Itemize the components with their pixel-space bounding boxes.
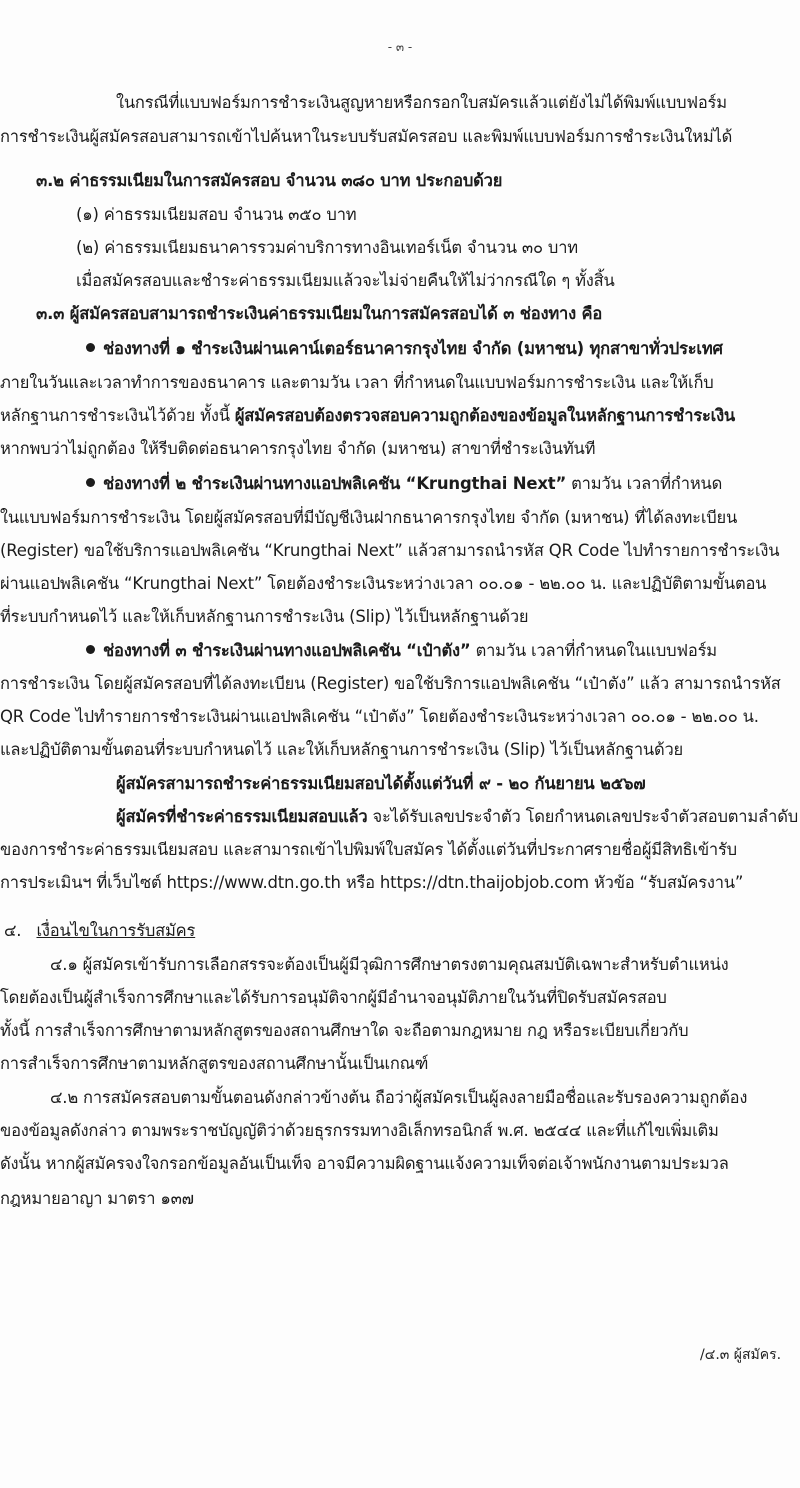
section-4-title: เงื่อนไขในการรับสมัคร — [36, 921, 195, 940]
channel-3-lead-bold: ช่องทางที่ ๓ ชำระเงินผ่านทางแอปพลิเคชัน … — [103, 641, 471, 660]
item-4-1-line-2: โดยต้องเป็นผู้สำเร็จการศึกษาและได้รับการ… — [0, 987, 667, 1009]
channel-1-lead: ช่องทางที่ ๑ ชำระเงินผ่านเคาน์เตอร์ธนาคา… — [86, 338, 723, 360]
item-4-2-line-1: ๔.๒ การสมัครสอบตามขั้นตอนดังกล่าวข้างต้น… — [50, 1087, 747, 1109]
fee-item-2: (๒) ค่าธรรมเนียมธนาคารรวมค่าบริการทางอิน… — [76, 237, 578, 259]
section-3-3-heading: ๓.๓ ผู้สมัครสอบสามารถชำระเงินค่าธรรมเนีย… — [36, 303, 602, 325]
channel-1-line-4: หากพบว่าไม่ถูกต้อง ให้รีบติดต่อธนาคารกรุ… — [0, 438, 595, 460]
no-refund-note: เมื่อสมัครสอบและชำระค่าธรรมเนียมแล้วจะไม… — [76, 270, 615, 292]
channel-3-line-4: และปฏิบัติตามขั้นตอนที่ระบบกำหนดไว้ และใ… — [0, 739, 683, 761]
after-payment-lead: ผู้สมัครที่ชำระค่าธรรมเนียมสอบแล้ว จะได้… — [116, 806, 798, 828]
section-4-heading: ๔. เงื่อนไขในการรับสมัคร — [4, 920, 195, 942]
channel-1-line-3: หลักฐานการชำระเงินไว้ด้วย ทั้งนี้ ผู้สมั… — [0, 405, 735, 427]
item-4-1-line-3: ทั้งนี้ การสำเร็จการศึกษาตามหลักสูตรของส… — [0, 1020, 688, 1042]
payment-period: ผู้สมัครสามารถชำระค่าธรรมเนียมสอบได้ตั้ง… — [116, 773, 645, 795]
document-page: - ๓ - ในกรณีที่แบบฟอร์มการชำระเงินสูญหาย… — [0, 0, 800, 1488]
after-payment-lead-bold: ผู้สมัครที่ชำระค่าธรรมเนียมสอบแล้ว — [116, 807, 367, 826]
channel-1-line-3-b: ผู้สมัครสอบต้องตรวจสอบความถูกต้องของข้อม… — [235, 406, 735, 425]
item-4-2-line-4: กฎหมายอาญา มาตรา ๑๓๗ — [0, 1188, 194, 1210]
channel-3-line-2: การชำระเงิน โดยผู้สมัครสอบที่ได้ลงทะเบีย… — [0, 673, 781, 695]
intro-line-2: การชำระเงินผู้สมัครสอบสามารถเข้าไปค้นหาใ… — [0, 126, 732, 148]
item-4-2-line-2: ของข้อมูลดังกล่าว ตามพระราชบัญญัติว่าด้ว… — [0, 1120, 719, 1142]
item-4-2-line-3: ดังนั้น หากผู้สมัครจงใจกรอกข้อมูลอันเป็น… — [0, 1153, 729, 1175]
channel-2-line-4: ผ่านแอปพลิเคชัน “Krungthai Next” โดยต้อง… — [0, 573, 766, 595]
section-4-number: ๔. — [4, 921, 21, 940]
channel-1-line-3-a: หลักฐานการชำระเงินไว้ด้วย ทั้งนี้ — [0, 406, 235, 425]
intro-line-1: ในกรณีที่แบบฟอร์มการชำระเงินสูญหายหรือกร… — [116, 92, 727, 114]
channel-2-line-5: ที่ระบบกำหนดไว้ และให้เก็บหลักฐานการชำระ… — [0, 606, 528, 628]
fee-item-1: (๑) ค่าธรรมเนียมสอบ จำนวน ๓๕๐ บาท — [76, 204, 356, 226]
channel-2-lead-bold: ช่องทางที่ ๒ ชำระเงินผ่านทางแอปพลิเคชัน … — [103, 474, 566, 493]
channel-2-line-3: (Register) ขอใช้บริการแอปพลิเคชัน “Krung… — [0, 540, 779, 562]
continuation-reference: /๔.๓ ผู้สมัคร. — [700, 1344, 781, 1366]
channel-3-line-3: QR Code ไปทำรายการชำระเงินผ่านแอปพลิเคชั… — [0, 706, 759, 728]
channel-2-lead-rest: ตามวัน เวลาที่กำหนด — [566, 474, 722, 493]
bullet-icon — [86, 645, 95, 654]
channel-2-line-2: ในแบบฟอร์มการชำระเงิน โดยผู้สมัครสอบที่ม… — [0, 507, 737, 529]
item-4-1-line-4: การสำเร็จการศึกษาตามหลักสูตรของสถานศึกษา… — [0, 1053, 428, 1075]
channel-1-line-2: ภายในวันและเวลาทำการของธนาคาร และตามวัน … — [0, 372, 714, 394]
after-payment-lead-rest: จะได้รับเลขประจำตัว โดยกำหนดเลขประจำตัวส… — [367, 807, 798, 826]
channel-2-lead: ช่องทางที่ ๒ ชำระเงินผ่านทางแอปพลิเคชัน … — [86, 473, 722, 495]
channel-1-lead-text: ช่องทางที่ ๑ ชำระเงินผ่านเคาน์เตอร์ธนาคา… — [103, 339, 723, 358]
after-payment-line-3: การประเมินฯ ที่เว็บไซต์ https://www.dtn.… — [0, 872, 743, 894]
item-4-1-line-1: ๔.๑ ผู้สมัครเข้ารับการเลือกสรรจะต้องเป็น… — [50, 954, 729, 976]
bullet-icon — [86, 343, 95, 352]
channel-3-lead-rest: ตามวัน เวลาที่กำหนดในแบบฟอร์ม — [471, 641, 717, 660]
page-number: - ๓ - — [0, 38, 800, 57]
bullet-icon — [86, 478, 95, 487]
channel-3-lead: ช่องทางที่ ๓ ชำระเงินผ่านทางแอปพลิเคชัน … — [86, 640, 717, 662]
after-payment-line-2: ของการชำระค่าธรรมเนียมสอบ และสามารถเข้าไ… — [0, 839, 737, 861]
section-3-2-heading: ๓.๒ ค่าธรรมเนียมในการสมัครสอบ จำนวน ๓๘๐ … — [36, 170, 502, 192]
